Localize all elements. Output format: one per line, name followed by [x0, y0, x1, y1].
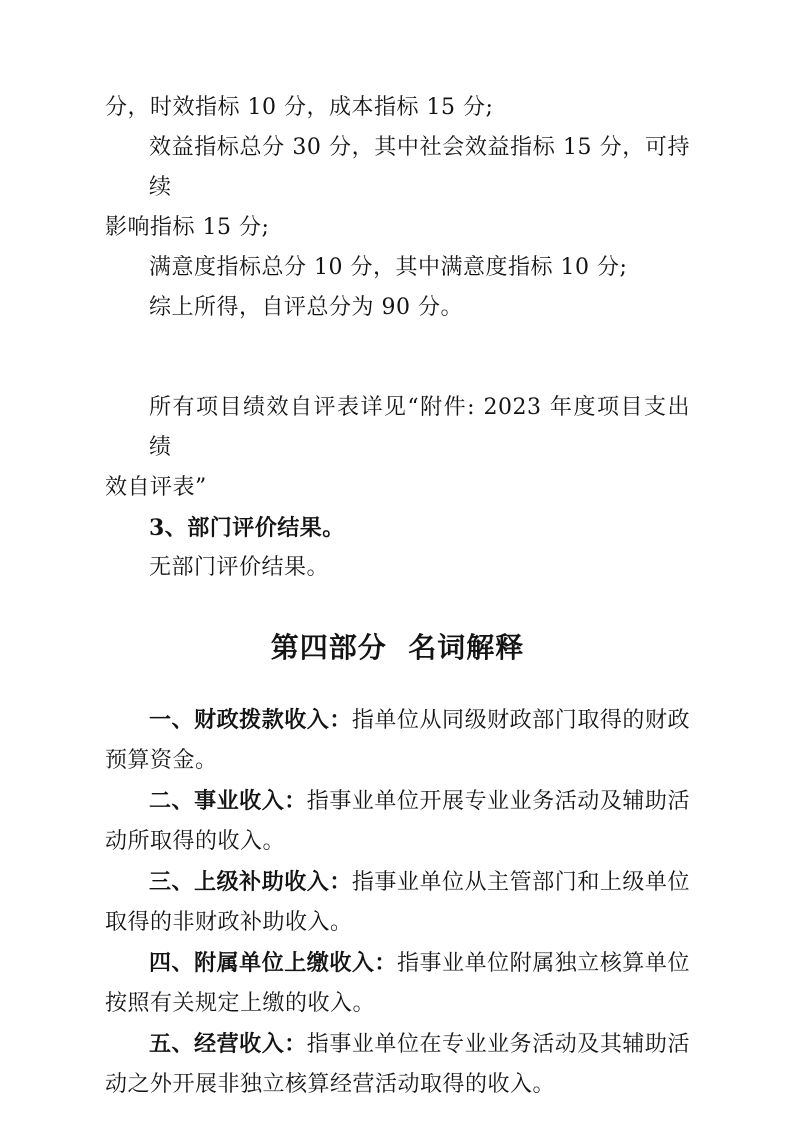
paragraph-line: 影响指标 15 分;: [105, 208, 690, 248]
term-definition: 指事业单位在专业业务活动及其辅助活: [307, 1032, 690, 1057]
term-definition: 指事业单位附属独立核算单位: [397, 951, 690, 976]
paragraph-line: 效益指标总分 30 分，其中社会效益指标 15 分，可持续: [105, 128, 690, 208]
term-label: 一、财政拨款收入：: [149, 707, 352, 733]
glossary-term-line: 五、经营收入：指事业单位在专业业务活动及其辅助活: [105, 1024, 690, 1065]
glossary-term-continuation: 动之外开展非独立核算经营活动取得的收入。: [105, 1065, 690, 1105]
glossary-term-continuation: 动所取得的收入。: [105, 822, 690, 862]
glossary-term-continuation: 取得的非财政补助收入。: [105, 903, 690, 943]
glossary-term-line: 一、财政拨款收入：指单位从同级财政部门取得的财政: [105, 700, 690, 741]
paragraph-line: 综上所得，自评总分为 90 分。: [105, 288, 690, 328]
section-glossary: 一、财政拨款收入：指单位从同级财政部门取得的财政 预算资金。 二、事业收入：指事…: [105, 700, 690, 1105]
term-label: 四、附属单位上缴收入：: [149, 950, 397, 976]
term-definition: 指事业单位从主管部门和上级单位: [352, 870, 690, 895]
section-self-eval: 分，时效指标 10 分，成本指标 15 分; 效益指标总分 30 分，其中社会效…: [105, 88, 690, 328]
term-label: 三、上级补助收入：: [149, 869, 352, 895]
glossary-term-continuation: 预算资金。: [105, 741, 690, 781]
paragraph-line: 无部门评价结果。: [105, 548, 690, 588]
glossary-term-line: 三、上级补助收入：指事业单位从主管部门和上级单位: [105, 862, 690, 903]
term-definition: 指单位从同级财政部门取得的财政: [352, 708, 690, 733]
glossary-term-line: 二、事业收入：指事业单位开展专业业务活动及辅助活: [105, 781, 690, 822]
glossary-term-line: 四、附属单位上缴收入：指事业单位附属独立核算单位: [105, 943, 690, 984]
term-label: 二、事业收入：: [149, 788, 307, 814]
section-attachment: 所有项目绩效自评表详见“附件: 2023 年度项目支出绩 效自评表” 3、部门评…: [105, 388, 690, 588]
term-label: 五、经营收入：: [149, 1031, 307, 1057]
paragraph-line: 满意度指标总分 10 分，其中满意度指标 10 分;: [105, 248, 690, 288]
glossary-term-continuation: 按照有关规定上缴的收入。: [105, 984, 690, 1024]
paragraph-line: 分，时效指标 10 分，成本指标 15 分;: [105, 88, 690, 128]
section-title: 第四部分 名词解释: [105, 626, 690, 670]
term-definition: 指事业单位开展专业业务活动及辅助活: [307, 789, 690, 814]
subsection-heading: 3、部门评价结果。: [105, 508, 690, 548]
document-page: 分，时效指标 10 分，成本指标 15 分; 效益指标总分 30 分，其中社会效…: [0, 0, 793, 1122]
paragraph-line: 效自评表”: [105, 468, 690, 508]
paragraph-line: 所有项目绩效自评表详见“附件: 2023 年度项目支出绩: [105, 388, 690, 468]
